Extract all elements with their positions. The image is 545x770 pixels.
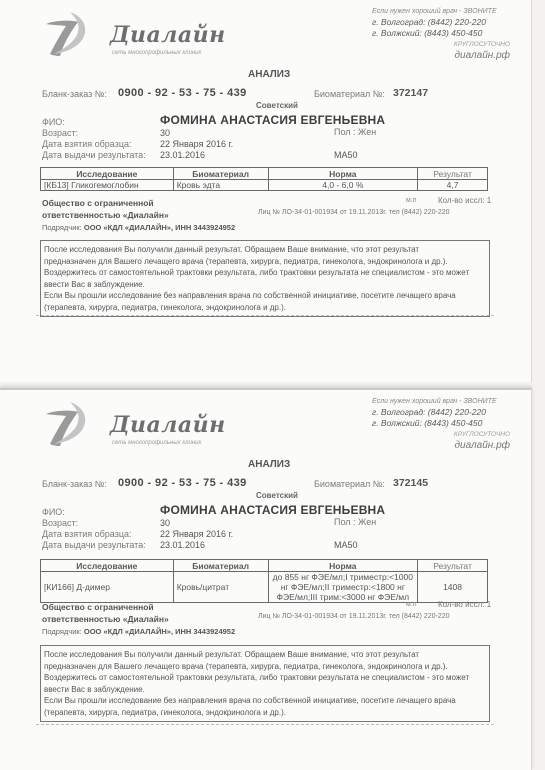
notice-line: Воздержитесь от самостоятельной трактовк… [44,672,486,684]
count-label: Кол-во иссл: [438,196,484,205]
notice-box: После исследования Вы получили данный ре… [40,240,490,317]
age-value: 30 [160,518,170,528]
result-norm: 4,0 - 6,0 % [268,180,417,191]
count-label: Кол-во иссл: [438,600,484,609]
order-number: 0900 - 92 - 53 - 75 - 439 [118,87,247,99]
dialine-logo-mark-icon [42,400,94,450]
notice-box: После исследования Вы получили данный ре… [40,645,490,722]
issue-date-label: Дата выдачи результата: [42,540,146,550]
license-text: Лиц № ЛО-34-01-001934 от 19.11.2013г. те… [258,209,450,216]
age-label: Возраст: [42,518,78,528]
results-header-row: Исследование Биоматериал Норма Результат [41,168,488,180]
result-study: [КБ13] Гликогемоглобин [41,180,174,191]
biomaterial-no-label: Биоматериал №: [314,479,385,489]
license-text: Лиц № ЛО-34-01-001934 от 19.11.2013г. те… [258,613,450,620]
report-sheet-2: Диалайн сеть многопрофильных клиник Если… [0,388,532,770]
col-biomaterial: Биоматериал [173,560,268,572]
issue-date-label: Дата выдачи результата: [42,150,146,160]
count-field: Кол-во иссл: 1 [438,196,491,205]
result-norm: до 855 нг ФЭЕ/мл;I триместр:<1000 нг ФЭЕ… [268,572,418,603]
notice-line: После исследования Вы получили данный ре… [44,649,486,661]
allday-label: КРУГЛОСУТОЧНО [372,429,532,440]
col-norm: Норма [268,560,418,572]
contacts-hint: Если нужен хороший врач - ЗВОНИТЕ [372,6,532,17]
contractor-label: Подрядчик: [42,627,82,636]
count-value: 1 [487,196,491,205]
order-label: Бланк-заказ №: [42,479,107,489]
website: диалайн.рф [372,50,532,61]
notice-line: ввести Вас в заблуждение. [44,279,486,291]
phone-volzhsky: г. Волжский: (8443) 450-450 [372,28,532,39]
code-value: МА50 [334,540,358,550]
branch: Советский [256,101,298,110]
notice-line: предназначен для Вашего лечащего врача (… [44,256,486,268]
code-value: МА50 [334,150,358,160]
results-table: Исследование Биоматериал Норма Результат… [40,559,488,603]
org-line-2: ответственностью «Диалайн» [42,613,169,625]
fio-label: ФИО: [42,117,65,127]
notice-line: ввести Вас в заблуждение. [44,684,486,696]
result-study: [КИ166] Д-димер [41,572,174,603]
sex-field: Пол : Жен [334,127,376,137]
notice-line: Воздержитесь от самостоятельной трактовк… [44,267,486,279]
count-value: 1 [487,600,491,609]
contacts-block: Если нужен хороший врач - ЗВОНИТЕ г. Вол… [372,6,532,61]
age-label: Возраст: [42,128,78,138]
brand-name: Диалайн [110,22,226,48]
order-number: 0900 - 92 - 53 - 75 - 439 [118,477,247,489]
biomaterial-no-label: Биоматериал №: [314,89,385,99]
sample-date-value: 22 Января 2016 г. [160,139,233,149]
sample-date-label: Дата взятия образца: [42,529,132,539]
document-title: АНАЛИЗ [248,459,290,470]
brand-tagline: сеть многопрофильных клиник [112,50,201,56]
org-line-1: Общество с ограниченной [42,601,169,613]
notice-line: (терапевта, хирурга, педиатра, гинеколог… [44,302,486,314]
dialine-logo: Диалайн сеть многопрофильных клиник [42,10,242,60]
org-name: Общество с ограниченной ответственностью… [42,197,169,221]
col-result: Результат [418,560,488,572]
contractor-line: Подрядчик: ООО «КДЛ «ДИАЛАЙН», ИНН 34439… [42,223,235,232]
patient-name: ФОМИНА АНАСТАСИЯ ЕВГЕНЬЕВНА [160,113,385,127]
contacts-block: Если нужен хороший врач - ЗВОНИТЕ г. Вол… [372,396,532,451]
result-value: 4,7 [418,180,488,191]
sex-field: Пол : Жен [334,517,376,527]
sex-value: Жен [358,517,376,527]
col-result: Результат [418,168,488,180]
result-row: [КБ13] ГликогемоглобинКровь эдта4,0 - 6,… [41,180,488,191]
contractor-line: Подрядчик: ООО «КДЛ «ДИАЛАЙН», ИНН 34439… [42,627,235,636]
dialine-logo: Диалайн сеть многопрофильных клиник [42,400,242,450]
notice-line: Если Вы прошли исследование без направле… [44,290,486,302]
result-biomaterial: Кровь эдта [173,180,268,191]
contacts-hint: Если нужен хороший врач - ЗВОНИТЕ [372,396,532,407]
col-study: Исследование [41,168,174,180]
cut-line [36,724,494,725]
result-row: [КИ166] Д-димерКровь/цитратдо 855 нг ФЭЕ… [41,572,488,603]
biomaterial-number: 372145 [393,477,428,489]
org-line-1: Общество с ограниченной [42,197,169,209]
notice-line: После исследования Вы получили данный ре… [44,244,486,256]
issue-date-value: 23.01.2016 [160,150,205,160]
notice-line: (терапевта, хирурга, педиатра, гинеколог… [44,707,486,719]
sample-date-value: 22 Января 2016 г. [160,529,233,539]
fio-label: ФИО: [42,507,65,517]
count-field: Кол-во иссл: 1 [438,600,491,609]
brand-name: Диалайн [110,412,226,438]
brand-tagline: сеть многопрофильных клиник [112,440,201,446]
order-label: Бланк-заказ №: [42,89,107,99]
phone-volgograd: г. Волгоград: (8442) 220-220 [372,407,532,418]
age-value: 30 [160,128,170,138]
sex-label: Пол : [334,127,356,137]
contractor-label: Подрядчик: [42,223,82,232]
result-value: 1408 [418,572,488,603]
stamp-label: м.п [406,601,417,608]
branch: Советский [256,491,298,500]
sex-value: Жен [358,127,376,137]
patient-name: ФОМИНА АНАСТАСИЯ ЕВГЕНЬЕВНА [160,503,385,517]
notice-line: предназначен для Вашего лечащего врача (… [44,661,486,673]
org-name: Общество с ограниченной ответственностью… [42,601,169,625]
report-sheet-1: Диалайн сеть многопрофильных клиник Если… [0,0,532,382]
col-biomaterial: Биоматериал [173,168,268,180]
contractor-name: ООО «КДЛ «ДИАЛАЙН», ИНН 3443924952 [84,627,235,636]
col-norm: Норма [268,168,417,180]
org-line-2: ответственностью «Диалайн» [42,209,169,221]
results-table: Исследование Биоматериал Норма Результат… [40,167,488,191]
website: диалайн.рф [372,440,532,451]
contractor-name: ООО «КДЛ «ДИАЛАЙН», ИНН 3443924952 [84,223,235,232]
results-header-row: Исследование Биоматериал Норма Результат [41,560,488,572]
sample-date-label: Дата взятия образца: [42,139,132,149]
col-study: Исследование [41,560,174,572]
results-body: [КИ166] Д-димерКровь/цитратдо 855 нг ФЭЕ… [41,572,488,603]
cut-line [36,315,494,316]
notice-line: Если Вы прошли исследование без направле… [44,695,486,707]
biomaterial-number: 372147 [393,87,428,99]
dialine-logo-mark-icon [42,10,94,60]
result-biomaterial: Кровь/цитрат [173,572,268,603]
phone-volzhsky: г. Волжский: (8443) 450-450 [372,418,532,429]
phone-volgograd: г. Волгоград: (8442) 220-220 [372,17,532,28]
sex-label: Пол : [334,517,356,527]
stamp-label: м.п [406,197,417,204]
results-body: [КБ13] ГликогемоглобинКровь эдта4,0 - 6,… [41,180,488,191]
document-title: АНАЛИЗ [248,69,290,80]
allday-label: КРУГЛОСУТОЧНО [372,39,532,50]
issue-date-value: 23.01.2016 [160,540,205,550]
